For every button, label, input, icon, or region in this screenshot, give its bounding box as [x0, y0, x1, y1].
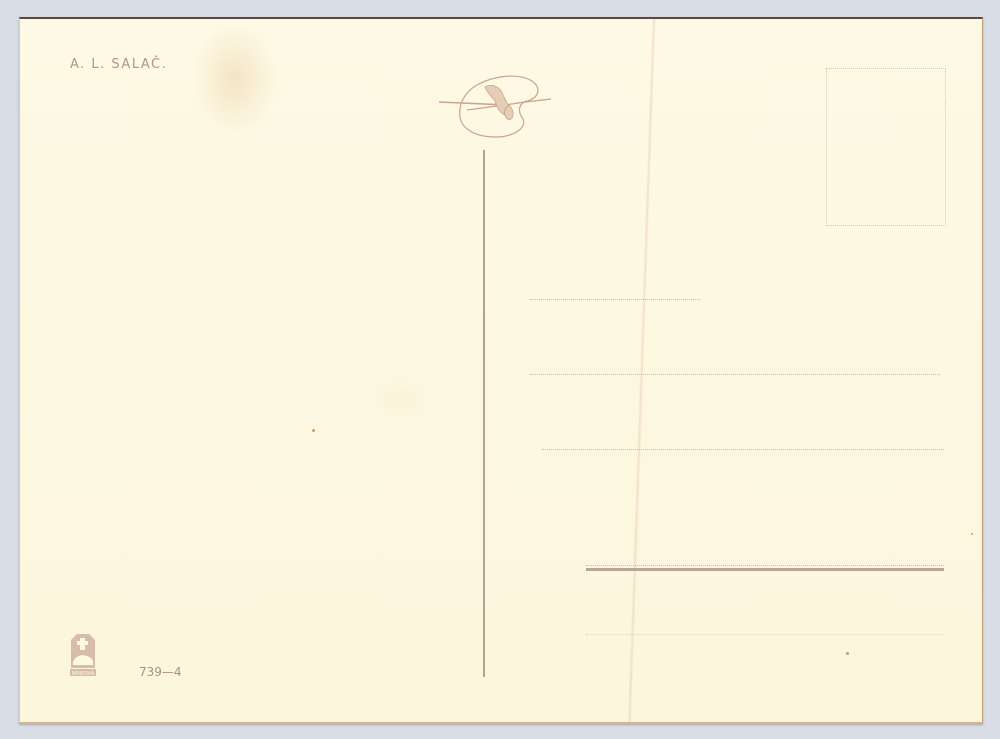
paper-speck	[846, 652, 849, 655]
catalog-number: 739—4	[139, 665, 182, 679]
publisher-label: MINERVA	[72, 671, 95, 677]
paper-speck	[971, 533, 973, 535]
address-line-4	[586, 568, 944, 571]
postcard-back: A. L. SALAČ. MINERVA 739—4	[19, 17, 983, 724]
address-line-5	[586, 634, 944, 635]
address-line-1	[530, 299, 700, 300]
message-address-divider	[483, 150, 485, 677]
address-line-2	[530, 374, 940, 375]
fold-crease	[627, 19, 656, 722]
stamp-placement-box	[826, 68, 946, 226]
address-line-4-dots	[586, 565, 944, 566]
artist-credit: A. L. SALAČ.	[70, 57, 167, 72]
address-line-3	[542, 449, 944, 450]
paper-speck	[312, 429, 315, 432]
minerva-logo-icon: MINERVA	[67, 632, 99, 678]
artist-palette-with-brushes-icon	[437, 65, 557, 145]
